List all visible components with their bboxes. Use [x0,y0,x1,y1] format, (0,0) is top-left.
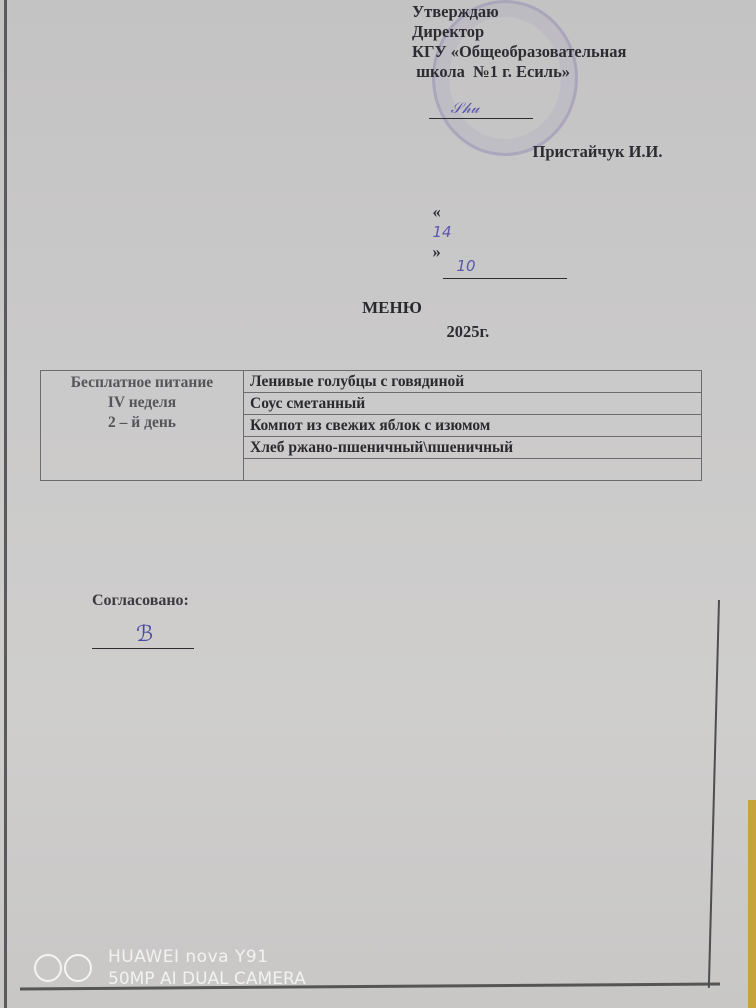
approval-line-1: Утверждаю [412,2,663,22]
approval-line-4: школа №1 г. Есиль» [412,62,663,82]
date-month: 10 [457,256,476,276]
date-quote-close: » [433,242,441,261]
date-quote-open: « [433,202,441,221]
watermark-line-2: 50MP AI DUAL CAMERA [108,968,306,990]
dish-cell: Ленивые голубцы с говядиной [244,371,702,393]
signatory-name: Пристайчук И.И. [533,142,663,161]
dish-cell: Хлеб ржано-пшеничный\пшеничный [244,437,702,459]
agreed-signature-line [92,648,194,649]
menu-label-line: 2 – й день [47,413,237,433]
approval-line-2: Директор [412,22,663,42]
agreed-label: Согласовано: [92,592,189,610]
dish-cell: Компот из свежих яблок с изюмом [244,415,702,437]
date-month-line: 10 [443,262,567,279]
watermark-line-1: HUAWEI nova Y91 [108,946,306,968]
menu-table: Бесплатное питание IV неделя 2 – й день … [40,370,702,481]
signature-line: 𝒮𝒽𝓊 [429,102,533,119]
table-row: Бесплатное питание IV неделя 2 – й день … [41,371,702,393]
page-edge-left [4,0,7,1008]
date-row: « 14 » 10 2025г. [412,182,663,362]
document-title: МЕНЮ [0,298,756,318]
menu-label-cell: Бесплатное питание IV неделя 2 – й день [41,371,244,481]
dish-cell: Соус сметанный [244,393,702,415]
date-day: 14 [433,223,452,241]
menu-label-line: IV неделя [47,393,237,413]
date-year: 2025г. [447,322,490,341]
dual-camera-icon [34,954,94,984]
menu-label-line: Бесплатное питание [47,373,237,393]
dish-cell [244,459,702,481]
approval-line-3: КГУ «Общеобразовательная [412,42,663,62]
signature-row: 𝒮𝒽𝓊 Пристайчук И.И. [412,82,663,182]
handwritten-signature: 𝒮𝒽𝓊 [451,98,480,118]
background-yellow-strip [748,800,756,1008]
agreed-signature: ℬ [136,622,153,647]
